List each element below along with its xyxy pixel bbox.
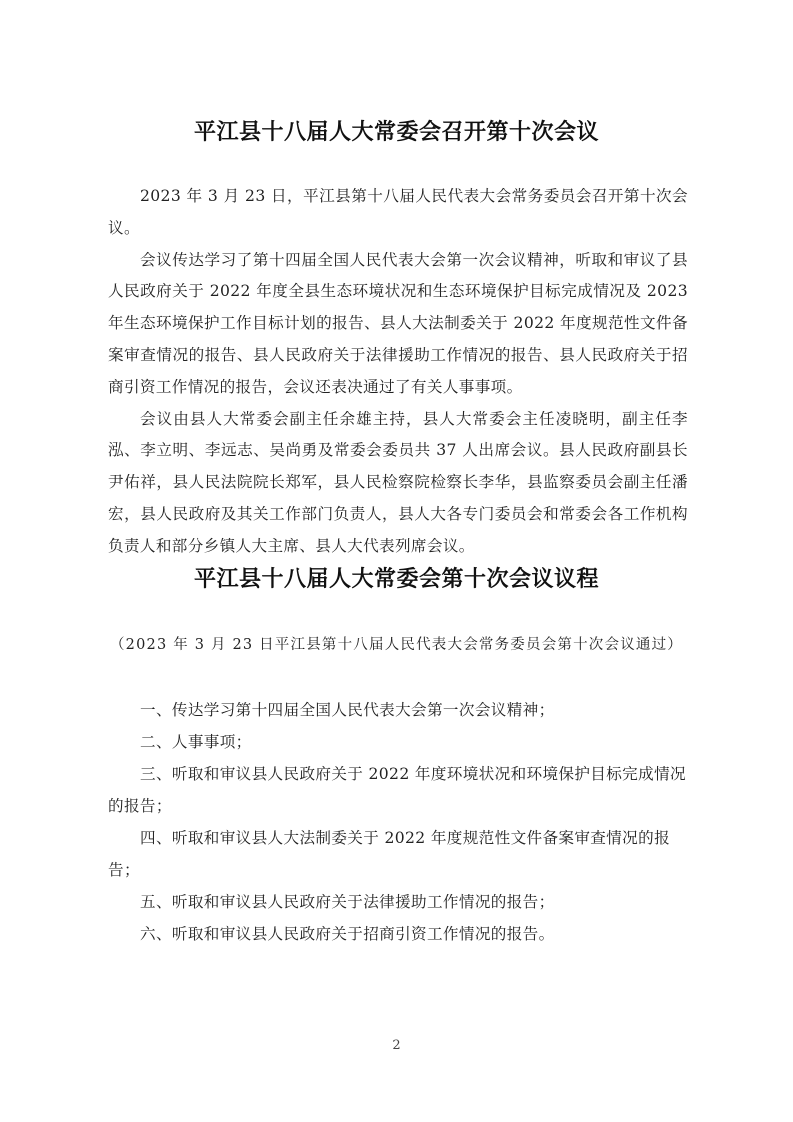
- agenda-title: 平江县十八届人大常委会第十次会议议程: [0, 565, 793, 595]
- agenda-item: 五、听取和审议县人民政府关于法律援助工作情况的报告；: [108, 886, 688, 918]
- agenda-item: 四、听取和审议县人大法制委关于 2022 年度规范性文件备案审查情况的报告；: [108, 822, 688, 886]
- paragraph-meeting-content: 会议传达学习了第十四届全国人民代表大会第一次会议精神，听取和审议了县人民政府关于…: [108, 245, 688, 404]
- agenda-item: 三、听取和审议县人民政府关于 2022 年度环境状况和环境保护目标完成情况的报告…: [108, 758, 688, 822]
- agenda-item: 二、人事事项；: [108, 726, 688, 758]
- agenda-item: 一、传达学习第十四届全国人民代表大会第一次会议精神；: [108, 694, 688, 726]
- paragraph-meeting-date: 2023 年 3 月 23 日，平江县第十八届人民代表大会常务委员会召开第十次会…: [108, 181, 688, 245]
- agenda-list: 一、传达学习第十四届全国人民代表大会第一次会议精神； 二、人事事项； 三、听取和…: [108, 694, 688, 950]
- meeting-report-body: 2023 年 3 月 23 日，平江县第十八届人民代表大会常务委员会召开第十次会…: [108, 181, 688, 563]
- document-title: 平江县十八届人大常委会召开第十次会议: [0, 118, 793, 148]
- paragraph-attendees: 会议由县人大常委会副主任余雄主持，县人大常委会主任凌晓明，副主任李泓、李立明、李…: [108, 404, 688, 563]
- agenda-subtitle: （2023 年 3 月 23 日平江县第十八届人民代表大会常务委员会第十次会议通…: [0, 633, 793, 657]
- page-number: 2: [0, 1038, 793, 1053]
- agenda-item: 六、听取和审议县人民政府关于招商引资工作情况的报告。: [108, 918, 688, 950]
- document-page: 平江县十八届人大常委会召开第十次会议 2023 年 3 月 23 日，平江县第十…: [0, 0, 793, 1122]
